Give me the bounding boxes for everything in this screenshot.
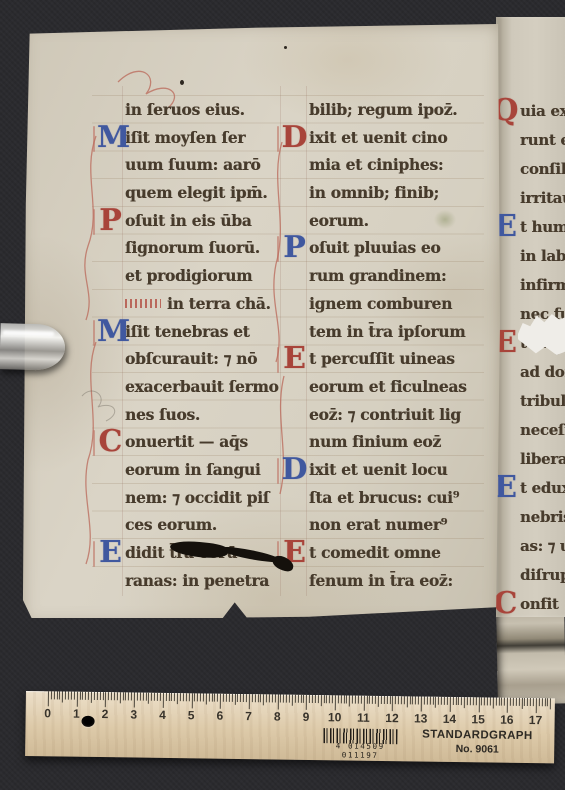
manuscript-text: uum ſuum: aarō (125, 155, 260, 174)
manuscript-line: Et eduxi (520, 474, 565, 503)
ruler-tick (458, 697, 459, 705)
ruler-tick (171, 693, 172, 701)
ruler-tick (48, 691, 49, 706)
ruler-tick (203, 693, 204, 701)
ruler-tick (501, 698, 502, 706)
ruler-tick (490, 697, 491, 705)
ruler-tick (108, 692, 109, 700)
manuscript-line: Miſit moyſen ſer (125, 124, 279, 152)
ruler-tick (54, 691, 55, 699)
ruler-tick (363, 696, 364, 711)
manuscript-line: ces eorum. (125, 511, 279, 539)
manuscript-photo: Quia exacerrunt eloquiconſilium airritau… (0, 0, 565, 790)
ruler-tick (283, 695, 284, 703)
manuscript-text: et prodigiorum (125, 266, 252, 285)
ruler-tick (404, 696, 405, 704)
ruling-vertical-line (280, 86, 281, 596)
ruler-tick (464, 697, 465, 708)
manuscript-text: nebris ⁊ u (520, 508, 565, 526)
ruler-tick (234, 694, 235, 705)
ruler-tick (507, 698, 508, 713)
manuscript-text: t eduxi (520, 479, 565, 497)
ruler-tick (513, 698, 514, 706)
manuscript-line: eorum et ficulneas (309, 373, 469, 401)
manuscript-text: eoz̄: ⁊ contriuit lig (309, 405, 461, 424)
ruler-tick (435, 697, 436, 708)
manuscript-line: uum ſuum: aarō (125, 151, 279, 179)
manuscript-line: mia et ciniphes: (309, 151, 469, 179)
ruler-tick (303, 695, 304, 703)
ruler-tick (114, 692, 115, 700)
barcode-digits: 4 014509 011197 (317, 741, 403, 760)
ruler-tick (309, 695, 310, 703)
ruler-number: 8 (267, 709, 287, 723)
ruler-tick (217, 694, 218, 702)
manuscript-line: nes ſuos. (125, 401, 279, 429)
ruler-tick (427, 697, 428, 705)
manuscript-line: nem: ⁊ occidit piſ (125, 484, 279, 512)
ruler-tick (243, 694, 244, 702)
ruler-tick (323, 695, 324, 703)
ruler-number: 7 (238, 709, 258, 723)
manuscript-line: fenum in t̄ra eoz̄: (309, 567, 469, 595)
ruler-number: 5 (181, 708, 201, 722)
ruler-tick (137, 693, 138, 701)
ruler-tick (249, 694, 250, 709)
manuscript-line: infirma (520, 271, 565, 300)
ruler-tick (326, 695, 327, 703)
manuscript-text: in terra chā. (167, 294, 271, 313)
manuscript-page: in ſeruos eius.Miſit moyſen ſeruum ſuum:… (22, 24, 500, 624)
manuscript-text: irritaueru (520, 189, 565, 207)
ruler-tick (547, 698, 548, 706)
manuscript-text: didit t̄ra eorū (125, 543, 237, 562)
manuscript-line: eorum. (309, 207, 469, 235)
ruler-tick (475, 697, 476, 705)
manuscript-text: onfit (520, 595, 559, 613)
ruler-tick (384, 696, 385, 704)
ruler-tick (455, 697, 456, 705)
ruler-tick (461, 697, 462, 705)
ruler-tick (143, 693, 144, 701)
ruler-tick (493, 698, 494, 709)
illuminated-initial: E (281, 538, 308, 568)
ruler-tick (151, 693, 152, 701)
manuscript-text: infirma (520, 276, 565, 294)
ruler-tick (82, 692, 83, 700)
ruler-tick (177, 693, 178, 704)
manuscript-line: liberauit (520, 445, 565, 474)
manuscript-text: oſuit in eis ūba (125, 211, 252, 230)
ruler-tick (530, 698, 531, 706)
manuscript-text: conſilium a (520, 160, 565, 178)
manuscript-line: Miſit tenebras et (125, 318, 279, 346)
ruler-tick (335, 695, 336, 710)
manuscript-text: nes ſuos. (125, 405, 200, 424)
ruler-tick (148, 693, 149, 704)
facing-text-column: Quia exacerrunt eloquiconſilium airritau… (520, 97, 565, 617)
ruler-tick (197, 693, 198, 701)
ruler-number: 16 (497, 713, 517, 727)
manuscript-line: bilib; regum ipoz̄. (309, 96, 469, 124)
ruler-tick (71, 692, 72, 700)
ruler-tick (209, 694, 210, 702)
manuscript-line: ſta et brucus: cui⁹ (309, 484, 469, 512)
ruler-tick (447, 697, 448, 705)
ruler-tick (200, 693, 201, 701)
manuscript-line: quem elegit ipm̄. (125, 179, 279, 207)
manuscript-line: Confit (520, 590, 565, 617)
ruler-tick (361, 696, 362, 704)
ruler-tick (312, 695, 313, 703)
ruler-tick (341, 695, 342, 703)
ruler-tick (145, 693, 146, 701)
ruler-tick (338, 695, 339, 703)
ruler-tick (194, 693, 195, 701)
illuminated-initial: M (97, 123, 124, 153)
ruler-tick (174, 693, 175, 701)
ruler-tick (111, 692, 112, 700)
manuscript-line: neceſſitati (520, 416, 565, 445)
ruler-tick (395, 696, 396, 704)
illuminated-initial: E (496, 473, 519, 503)
manuscript-text: t humili (520, 218, 565, 236)
manuscript-line: exacerbauit ſermo (125, 373, 279, 401)
ruler-tick (496, 698, 497, 706)
manuscript-line: Dixit et uenit cino (309, 124, 469, 152)
manuscript-line: in laborib; (520, 242, 565, 271)
ruler-tick (343, 695, 344, 703)
manuscript-text: onuertit — aq̄s (125, 432, 248, 451)
ruler-tick (286, 695, 287, 703)
ruler-tick (478, 697, 479, 712)
ruler-number: 2 (95, 707, 115, 721)
manuscript-text: num finium eoz̄ (309, 432, 441, 451)
manuscript-line: in ſeruos eius. (125, 96, 279, 124)
ruler-tick (105, 692, 106, 707)
manuscript-text: ixit et uenit cino (309, 128, 447, 147)
illuminated-initial: Q (496, 96, 519, 126)
manuscript-text: neceſſitati (520, 421, 565, 439)
manuscript-text: uia exacer (520, 102, 565, 120)
ruler-tick (211, 694, 212, 702)
ruler-tick (292, 695, 293, 706)
ruling-vertical-line (306, 86, 307, 596)
ruler-tick (85, 692, 86, 700)
manuscript-text: quem elegit ipm̄. (125, 183, 267, 202)
manuscript-line: Et comedit omne (309, 539, 469, 567)
ruler-tick (79, 692, 80, 700)
ruler-tick (272, 694, 273, 702)
ruler-tick (504, 698, 505, 706)
ruler-tick (409, 696, 410, 704)
ruler-tick (467, 697, 468, 705)
ruler-tick (470, 697, 471, 705)
ruler-number: 14 (439, 712, 459, 726)
ruler-tick (57, 691, 58, 699)
ruler-tick (257, 694, 258, 702)
manuscript-line: Poſuit pluuias eo (309, 234, 469, 262)
illuminated-initial: E (97, 538, 124, 568)
manuscript-text: in laborib; (520, 247, 565, 265)
ruler-tick (277, 695, 278, 710)
illuminated-initial: P (97, 206, 124, 236)
manuscript-text: tribularen (520, 392, 565, 410)
ruler-tick (246, 694, 247, 702)
ruler-tick (125, 692, 126, 700)
ruler-tick (97, 692, 98, 700)
manuscript-line: nebris ⁊ u (520, 503, 565, 532)
manuscript-text: eorum et ficulneas (309, 377, 467, 396)
manuscript-line: Et percuſſit uineas (309, 345, 469, 373)
manuscript-line: in omnib; finib; (309, 179, 469, 207)
ruler-tick (206, 694, 207, 705)
manuscript-line: ad dominū (520, 358, 565, 387)
ruler-tick (358, 696, 359, 704)
manuscript-line: ranas: in penetra (125, 567, 279, 595)
ruler-tick (412, 696, 413, 704)
ruler-tick (432, 697, 433, 705)
ruler-tick (315, 695, 316, 703)
ruler-tick (387, 696, 388, 704)
ruler-tick (527, 698, 528, 706)
ruler-tick (157, 693, 158, 701)
manuscript-line: in terra chā. (125, 290, 279, 318)
ruler-tick (168, 693, 169, 701)
ruler-number: 12 (382, 711, 402, 725)
ruler-number: 0 (38, 706, 58, 720)
ruler-tick (183, 693, 184, 701)
manuscript-line: Poſuit in eis ūba (125, 207, 279, 235)
ruler-tick (300, 695, 301, 703)
manuscript-line: Et humili (520, 213, 565, 242)
manuscript-line: diſrupit (520, 561, 565, 590)
ruler-number: 4 (152, 708, 172, 722)
ruler-tick (544, 698, 545, 706)
ruler-tick (372, 696, 373, 704)
ruler-tick (332, 695, 333, 703)
ruler: 01234567891011121314151617 4 014509 0111… (25, 691, 555, 763)
ruler-ticks (26, 691, 555, 698)
ruler-tick (533, 698, 534, 706)
ruler-tick (160, 693, 161, 701)
ruler-tick (536, 698, 537, 713)
ruler-tick (191, 693, 192, 708)
manuscript-text: bilib; regum ipoz̄. (309, 100, 457, 119)
ruler-tick (375, 696, 376, 704)
ruler-tick (355, 696, 356, 704)
ruler-tick (134, 693, 135, 708)
illuminated-initial: E (496, 212, 519, 242)
ruler-tick (280, 695, 281, 703)
ruler-tick (263, 694, 264, 705)
ruler-tick (498, 698, 499, 706)
manuscript-text: ranas: in penetra (125, 571, 269, 590)
ruler-tick (269, 694, 270, 702)
manuscript-text: tem in t̄ra ipſorum (309, 322, 465, 341)
ruler-tick (128, 692, 129, 700)
ruler-tick (352, 696, 353, 704)
illuminated-initial: C (496, 589, 519, 617)
ruler-number: 17 (525, 713, 545, 727)
manuscript-text: nem: ⁊ occidit piſ (125, 488, 269, 507)
manuscript-text: ixit et uenit locu (309, 460, 447, 479)
ruler-tick (189, 693, 190, 701)
ruler-tick (298, 695, 299, 703)
ruler-number: 9 (296, 710, 316, 724)
ruler-tick (254, 694, 255, 702)
ruler-tick (91, 692, 92, 703)
ruler-number: 13 (411, 711, 431, 725)
ruler-tick (524, 698, 525, 706)
ruler-hole (82, 716, 95, 727)
manuscript-line: irritaueru (520, 184, 565, 213)
ruler-tick (539, 698, 540, 706)
ruler-tick (102, 692, 103, 700)
manuscript-line: eoz̄: ⁊ contriuit lig (309, 401, 469, 429)
book-page-edges (496, 607, 565, 704)
manuscript-text: obſcurauit: ⁊ nō (125, 349, 257, 368)
illuminated-initial: E (281, 344, 308, 374)
ruler-tick (306, 695, 307, 710)
ruler-tick (392, 696, 393, 711)
ruler-number: 10 (325, 710, 345, 724)
manuscript-line: Edidit t̄ra eorū (125, 539, 279, 567)
ruler-tick (366, 696, 367, 704)
ruler-number: 3 (124, 707, 144, 721)
manuscript-line: Quia exacer (520, 97, 565, 126)
pencil-scribble (82, 391, 115, 421)
glass-rod (0, 323, 66, 371)
ruler-brand-label: STANDARDGRAPH (419, 728, 535, 742)
ruler-tick (94, 692, 95, 700)
manuscript-text: diſrupit (520, 566, 565, 584)
ruler-tick (510, 698, 511, 706)
ruler-tick (369, 696, 370, 704)
manuscript-text: non erat numer⁹ (309, 515, 447, 534)
ruler-tick (240, 694, 241, 702)
ruler-tick (487, 697, 488, 705)
manuscript-text: runt eloqui (520, 131, 565, 149)
manuscript-line: Dixit et uenit locu (309, 456, 469, 484)
line-filler-ornament (125, 299, 161, 308)
manuscript-text: ad dominū (520, 363, 565, 381)
manuscript-line: non erat numer⁹ (309, 511, 469, 539)
ruler-tick (418, 696, 419, 704)
page-speck (284, 46, 287, 49)
manuscript-line: tem in t̄ra ipſorum (309, 318, 469, 346)
ruler-tick (120, 692, 121, 703)
illuminated-initial: M (97, 317, 124, 347)
ruler-tick (226, 694, 227, 702)
barcode: 4 014509 011197 (317, 728, 403, 752)
ruler-tick (65, 692, 66, 700)
manuscript-text: oſuit pluuias eo (309, 238, 440, 257)
illuminated-initial: D (281, 123, 308, 153)
text-column-right: bilib; regum ipoz̄.Dixit et uenit cinomi… (309, 96, 469, 594)
ruler-tick (407, 696, 408, 707)
ruler-tick (100, 692, 101, 700)
ruler-tick (223, 694, 224, 702)
ruler-tick (415, 696, 416, 704)
ruler-tick (180, 693, 181, 701)
ruler-tick (163, 693, 164, 708)
ruler-tick (516, 698, 517, 706)
ruler-tick (541, 698, 542, 706)
manuscript-line: eorum in ſangui (125, 456, 279, 484)
manuscript-text: eorum in ſangui (125, 460, 260, 479)
ruler-tick (424, 697, 425, 705)
ruler-tick (453, 697, 454, 705)
manuscript-text: ſta et brucus: cui⁹ (309, 488, 459, 507)
manuscript-line: ſignorum ſuorū. (125, 234, 279, 262)
ruler-tick (401, 696, 402, 704)
manuscript-line: runt eloqui (520, 126, 565, 155)
manuscript-line: ignem comburen (309, 290, 469, 318)
manuscript-text: rum grandinem: (309, 266, 446, 285)
manuscript-text: iſit moyſen ſer (125, 128, 245, 147)
ruler-tick (389, 696, 390, 704)
manuscript-text: t comedit omne (309, 543, 441, 562)
ruler-tick (232, 694, 233, 702)
ruler-tick (346, 695, 347, 703)
manuscript-line: conſilium a (520, 155, 565, 184)
manuscript-text: ignem comburen (309, 294, 452, 313)
ruler-tick (266, 694, 267, 702)
ruler-tick (473, 697, 474, 705)
ruler-tick (76, 692, 77, 707)
illuminated-initial: C (97, 427, 124, 457)
manuscript-text: liberauit (520, 450, 565, 468)
manuscript-line: num finium eoz̄ (309, 428, 469, 456)
ruler-tick (421, 697, 422, 712)
manuscript-text: t percuſſit uineas (309, 349, 455, 368)
ruler-tick (140, 693, 141, 701)
ruler-tick (131, 692, 132, 700)
ruler-tick (398, 696, 399, 704)
ruler-tick (521, 698, 522, 709)
manuscript-line: Conuertit — aq̄s (125, 428, 279, 456)
text-column-left: in ſeruos eius.Miſit moyſen ſeruum ſuum:… (125, 96, 279, 594)
ruler-tick (166, 693, 167, 701)
ruler-tick (289, 695, 290, 703)
ruler-tick (59, 691, 60, 699)
illuminated-initial: P (281, 233, 308, 263)
manuscript-line: as: ⁊ uin (520, 532, 565, 561)
ruler-tick (237, 694, 238, 702)
ruler-tick (481, 697, 482, 705)
manuscript-text: exacerbauit ſermo (125, 377, 279, 396)
ruler-tick (438, 697, 439, 705)
manuscript-text: ſignorum ſuorū. (125, 238, 260, 257)
manuscript-text: ces eorum. (125, 515, 217, 534)
manuscript-text: mia et ciniphes: (309, 155, 443, 174)
ruler-tick (252, 694, 253, 702)
ruler-tick (122, 692, 123, 700)
manuscript-line: et prodigiorum (125, 262, 279, 290)
manuscript-text: as: ⁊ uin (520, 537, 565, 555)
ruler-tick (441, 697, 442, 705)
ruler-tick (88, 692, 89, 700)
ruler-tick (295, 695, 296, 703)
manuscript-line: rum grandinem: (309, 262, 469, 290)
manuscript-text: in ſeruos eius. (125, 100, 245, 119)
illuminated-initial: D (281, 455, 308, 485)
ruler-tick (74, 692, 75, 700)
ruler-tick (51, 691, 52, 699)
ruler-tick (378, 696, 379, 707)
ruler-tick (260, 694, 261, 702)
